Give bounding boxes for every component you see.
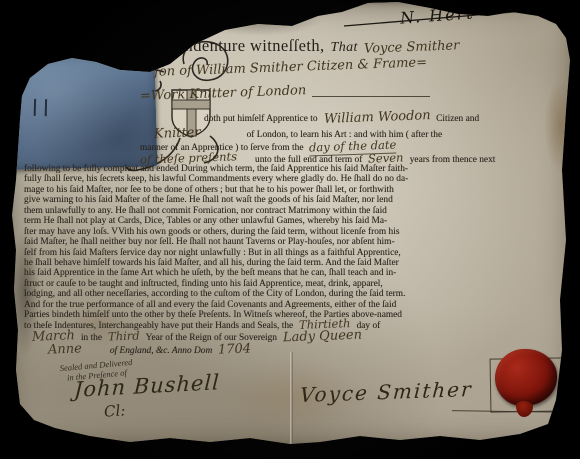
printed-line: ſtruct or cauſe to be taught and inſtruc…	[24, 279, 572, 289]
printed-line: term He ſhall not play at Cards, Dice, T…	[24, 216, 572, 226]
document-photo: N. Hert His Indenture witneſſeth, That V…	[0, 0, 580, 459]
master-name-inscribed: William Woodon	[323, 108, 430, 127]
printed-line: lodging, and all other neceſſaries, acco…	[24, 289, 572, 299]
wax-drip	[516, 401, 533, 417]
line4-print1: doth put himſelf Apprentice to	[204, 114, 318, 124]
parchment-sheet: N. Hert His Indenture witneſſeth, That V…	[8, 2, 574, 446]
line-7: of theſe preſents unto the full end and …	[140, 151, 495, 165]
stain	[544, 78, 578, 174]
heading-print: His Indenture witneſſeth,	[150, 36, 325, 56]
year-inscribed: 1704	[218, 341, 252, 357]
apprentice-name-inscribed: Voyce Smither	[364, 38, 460, 56]
printed-line: give warning to his ſaid Maſter of the ſ…	[24, 195, 572, 205]
printed-line: his ſaid Apprentice in the ſame Art whic…	[24, 268, 572, 278]
printed-line: fully ſhall ſerve, his ſecrets keep, his…	[24, 174, 572, 184]
printed-line: them unlawfully to any. He ſhall not com…	[24, 206, 572, 216]
closing-line-3: Anne of England, &c. Anno Dom 1704	[48, 342, 251, 357]
closing3-print: of England, &c. Anno Dom	[110, 346, 212, 356]
witness-signature-suffix: Cl:	[103, 401, 126, 420]
printed-body: following to be fully compleat and ended…	[24, 164, 572, 321]
printed-line: ſelf from his ſaid Maſters ſervice day n…	[24, 248, 572, 258]
sovereign-name-inscribed: Anne	[48, 341, 82, 357]
stain	[193, 2, 323, 36]
printed-line: And for the true performance of all and …	[24, 300, 572, 310]
printed-line: ſter may have any loſs. VVith his own go…	[24, 227, 572, 237]
father-trade-inscribed: =Work Knitter of London	[140, 83, 307, 104]
hand-line-3: =Work Knitter of London	[140, 86, 430, 101]
blue-paper-patch	[9, 52, 158, 170]
sovereign-inscribed: Lady Queen	[283, 328, 362, 346]
printed-line: he ſhall behave himſelf towards his ſaid…	[24, 258, 572, 268]
heading-that: That	[331, 40, 358, 56]
heading-line: His Indenture witneſſeth, That Voyce Smi…	[150, 36, 459, 56]
line4-print2: Citizen and	[436, 114, 479, 124]
fold-crease	[290, 352, 293, 446]
printed-line: following to be fully compleat and ended…	[24, 164, 572, 174]
top-annotation: N. Hert	[338, 2, 578, 38]
patch-slit-marks	[34, 99, 47, 116]
printed-line: mage to his ſaid Maſter, nor ſee to be d…	[24, 185, 572, 195]
pen-flourish-line	[312, 96, 430, 97]
printed-line: ſaid Maſter, he ſhall neither buy nor ſe…	[24, 237, 572, 247]
apprentice-signature: Voyce Smither	[299, 377, 473, 407]
hand-line-2: ſon of William Smither Citizen & Frame=	[154, 60, 427, 75]
line-4: doth put himſelf Apprentice to William W…	[204, 110, 479, 125]
